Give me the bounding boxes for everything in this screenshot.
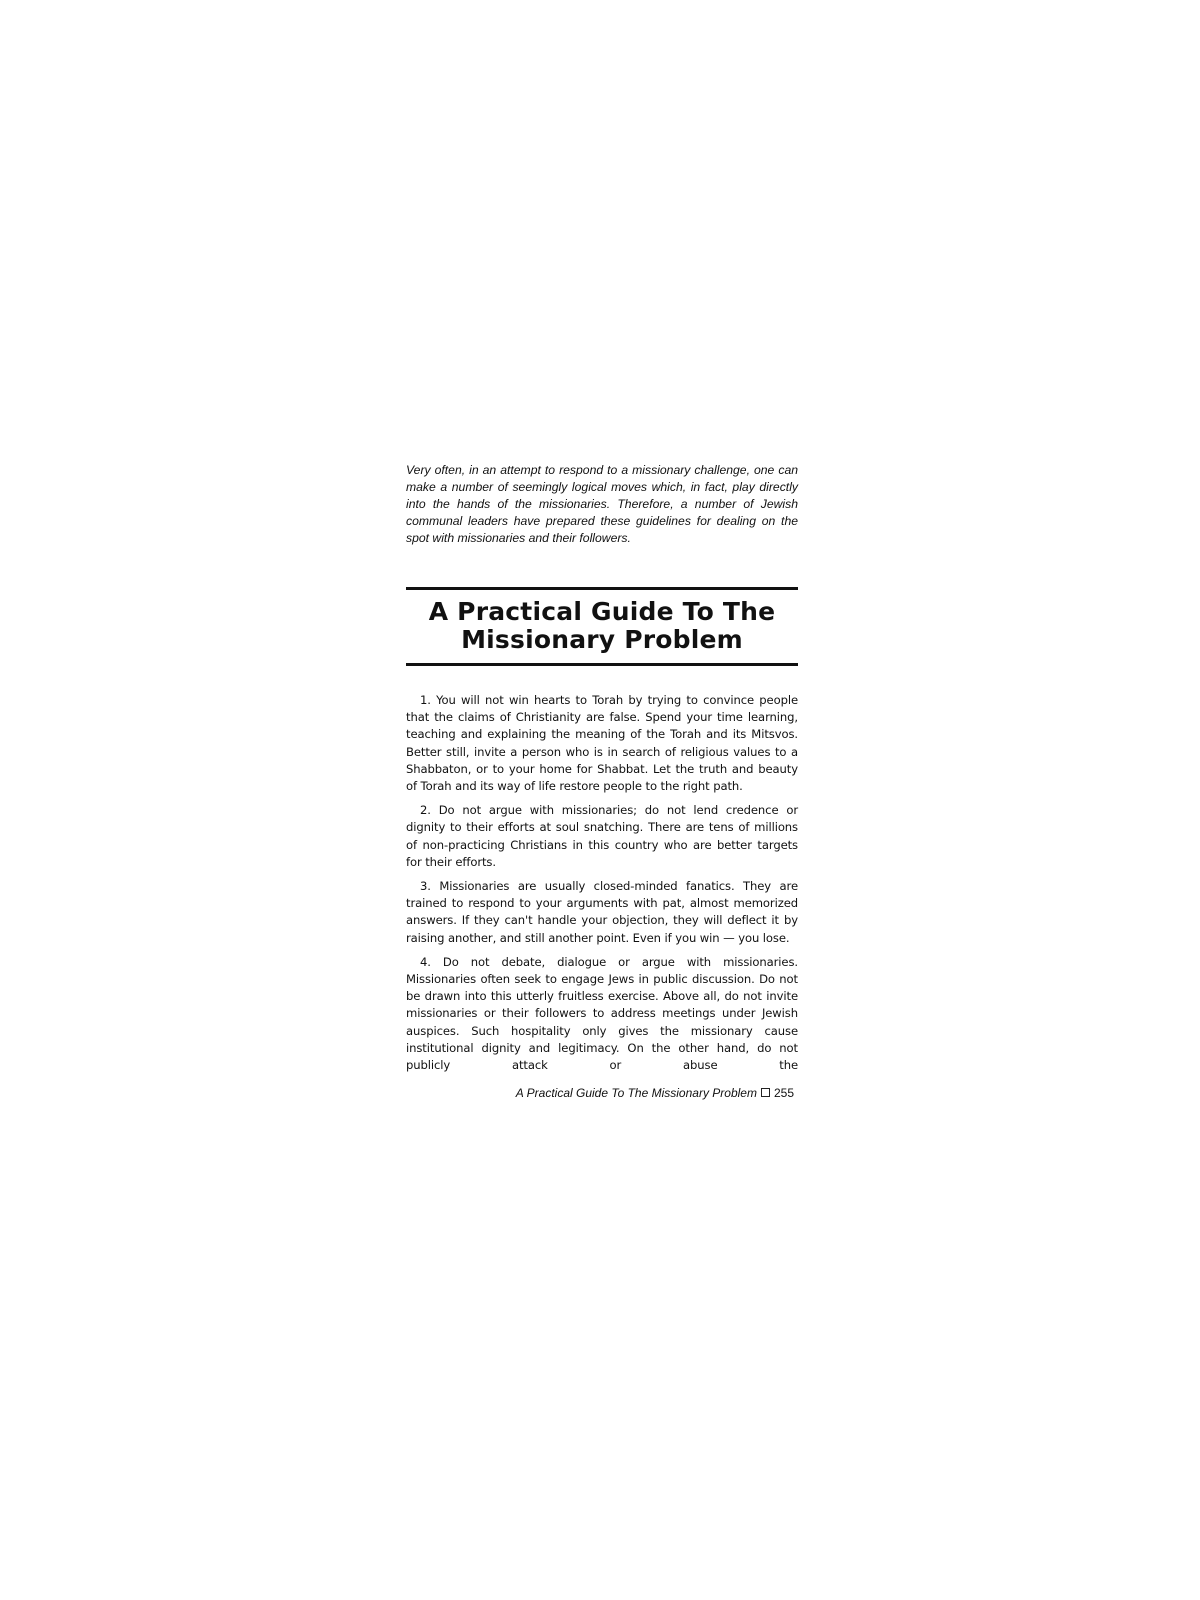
intro-paragraph: Very often, in an attempt to respond to … bbox=[406, 462, 798, 547]
chapter-title-line-1: A Practical Guide To The bbox=[406, 598, 798, 626]
title-rule-top bbox=[406, 587, 798, 590]
guideline-list: 1. You will not win hearts to Torah by t… bbox=[406, 692, 798, 1074]
chapter-title: A Practical Guide To The Missionary Prob… bbox=[406, 598, 798, 654]
page-footer: A Practical Guide To The Missionary Prob… bbox=[406, 1086, 798, 1100]
box-separator-icon bbox=[761, 1088, 770, 1097]
guideline-item-4: 4. Do not debate, dialogue or argue with… bbox=[406, 954, 798, 1074]
running-title: A Practical Guide To The Missionary Prob… bbox=[516, 1086, 757, 1100]
guideline-item-3: 3. Missionaries are usually closed-minde… bbox=[406, 878, 798, 947]
page-column: Very often, in an attempt to respond to … bbox=[406, 462, 798, 1100]
page-number: 255 bbox=[774, 1086, 794, 1100]
title-rule-bottom bbox=[406, 663, 798, 666]
guideline-item-2: 2. Do not argue with missionaries; do no… bbox=[406, 802, 798, 871]
guideline-item-1: 1. You will not win hearts to Torah by t… bbox=[406, 692, 798, 795]
chapter-title-line-2: Missionary Problem bbox=[406, 626, 798, 654]
